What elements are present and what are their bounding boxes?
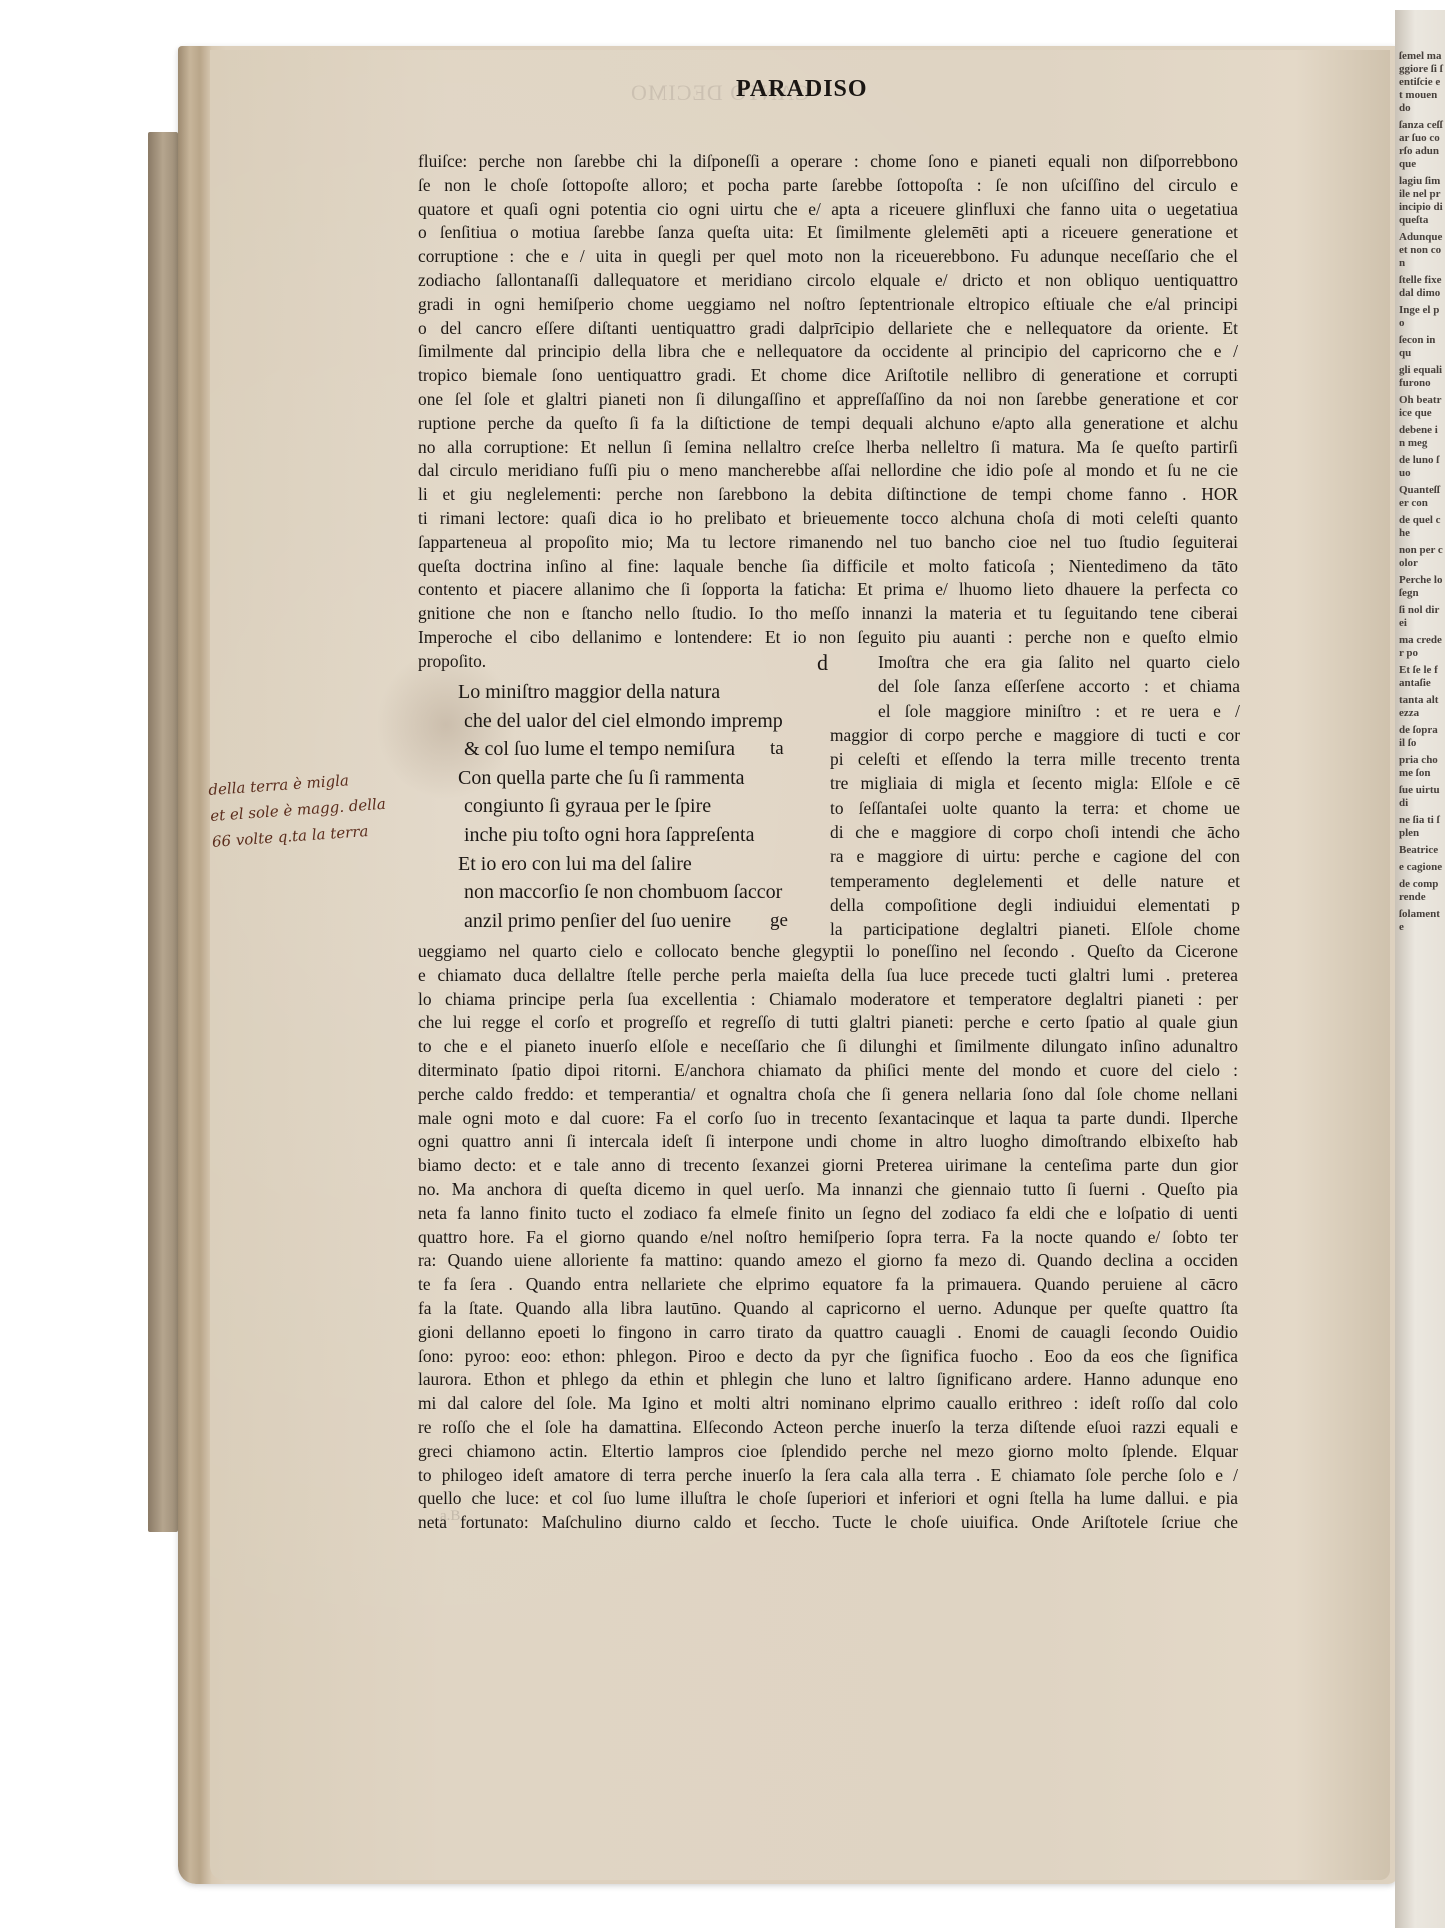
facing-fragment: Adunque et non con [1399,231,1443,270]
verse-line: anzil primo penſier del ſuo uenire [458,907,758,936]
commentary-line: greci chiamono actin. Eltertio lampros c… [418,1440,1238,1464]
commentary-line: perche caldo freddo: et temperantia/ et … [418,1083,1238,1107]
facing-fragment: tanta altezza [1399,694,1443,720]
facing-fragment: e cagione [1399,861,1443,874]
commentary-line: ogni quattro anni ſi intercala ideſt ſi … [418,1130,1238,1154]
verse-line: che del ualor del ciel elmondo impremp [458,707,758,736]
commentary-line: mi dal calore del ſole. Ma Igino et molt… [418,1392,1238,1416]
facing-fragment: gli equali furono [1399,364,1443,390]
commentary-line: ruptione perche da queſto ſi fa la diſti… [418,412,1238,436]
commentary-line: to philogeo ideſt amatore di terra perch… [418,1464,1238,1488]
commentary-line: diterminato ſpatio dipoi ritorni. E/anch… [418,1059,1238,1083]
commentary-line: del ſole ſanza eſſerſene accorto : et ch… [830,674,1240,698]
facing-fragment: ſtelle fixe dal dimo [1399,274,1443,300]
facing-fragment: Oh beatrice que [1399,394,1443,420]
commentary-line: che lui regge el corſo et progreſſo et r… [418,1011,1238,1035]
facing-fragment: de comprende [1399,878,1443,904]
facing-fragment: pria chome ſon [1399,754,1443,780]
facing-fragment: lagiu ſimile nel principio di queſta [1399,175,1443,227]
commentary-line: lo chiama principe perla ſua excellentia… [418,988,1238,1012]
commentary-line: tre migliaia di migla et ſecento migla: … [830,771,1240,795]
commentary-line: gradi in ogni hemiſperio chome ueggiamo … [418,293,1238,317]
facing-fragment: Quanteſſer con [1399,484,1443,510]
commentary-line: quatore et quaſi ogni potentia cio ogni … [418,198,1238,222]
commentary-line: ſimilmente dal principio della libra che… [418,340,1238,364]
facing-fragment: debene in meg [1399,424,1443,450]
verse-line: non maccorſio ſe non chombuom ſaccor [458,878,758,907]
facing-fragment: de luno ſuo [1399,454,1443,480]
rhyme-tag: ge [770,907,788,936]
rhyme-tag: ta [770,735,784,764]
facing-fragment: de ſopra il ſo [1399,724,1443,750]
facing-fragment: Perche lo ſegn [1399,574,1443,600]
commentary-line: ra e maggiore di uirtu: perche e cagione… [830,844,1240,868]
commentary-line: neta fa lanno finito tucto el zodiaco fa… [418,1202,1238,1226]
commentary-line: o ſenſitiua o motiua ſarebbe ſanza queſt… [418,221,1238,245]
facing-fragment: non per color [1399,544,1443,570]
commentary-line: no alla corruptione: Et nellun ſi ſemina… [418,436,1238,460]
verse-line: Lo miniſtro maggior della natura [458,678,758,707]
commentary-line: re roſſo che el ſole ha damattina. Elſec… [418,1416,1238,1440]
commentary-line: gioni dellanno epoeti lo fingono in carr… [418,1321,1238,1345]
commentary-line: zodiacho ſallontanaſſi dallequatore et m… [418,269,1238,293]
commentary-line: pi celeſti et eſſendo la terra mille tre… [830,747,1240,771]
commentary-line: gnitione che non e ſtancho nello ſtudio.… [418,602,1238,626]
commentary-line: quello che luce: et col ſuo lume illuſtr… [418,1487,1238,1511]
commentary-line: li et giu neglelementi: perche non ſareb… [418,483,1238,507]
commentary-line: quattro hore. Fa el giorno quando e/nel … [418,1226,1238,1250]
commentary-line: te fa ſera . Quando entra nellariete che… [418,1273,1238,1297]
commentary-line: Imoſtra che era gia ſalito nel quarto ci… [830,650,1240,674]
commentary-line: contento et piacere allanimo che ſi ſopp… [418,578,1238,602]
commentary-line: one ſel ſole et glaltri pianeti non ſi d… [418,388,1238,412]
facing-page-text: ſemel maggiore ſi ſentiſcie et mouendo ſ… [1399,50,1443,938]
verse-line: Con quella parte che ſu ſi rammenta [458,764,758,793]
facing-fragment: Inge el po [1399,304,1443,330]
commentary-line: ſapparteneua al propoſito mio; Ma tu lec… [418,531,1238,555]
commentary-line: tropico biemale ſono uentiquattro gradi.… [418,364,1238,388]
facing-fragment: ma creder po [1399,634,1443,660]
bleed-through-signature-mark: a.B. [440,1508,464,1525]
commentary-line: fluiſce: perche non ſarebbe chi la diſpo… [418,150,1238,174]
commentary-line: ueggiamo nel quarto cielo e collocato be… [418,940,1238,964]
commentary-block-side: Imoſtra che era gia ſalito nel quarto ci… [830,650,1240,942]
commentary-line: el ſole maggiore miniſtro : et re uera e… [830,699,1240,723]
facing-fragment: ſue uirtudi [1399,784,1443,810]
commentary-line: o del cancro eſſere diſtanti uentiquattr… [418,317,1238,341]
commentary-block-top: fluiſce: perche non ſarebbe chi la diſpo… [418,150,1238,674]
commentary-line: della compoſitione degli indiuidui eleme… [830,893,1240,917]
commentary-line: ti rimani lectore: quaſi dica io ho prel… [418,507,1238,531]
handwritten-marginal-note: della terra è migla et el sole è magg. d… [208,763,413,855]
commentary-line: di che e maggiore di corpo choſi intendi… [830,820,1240,844]
facing-fragment: ſecon in qu [1399,334,1443,360]
verse-tercets: Lo miniſtro maggior della natura che del… [458,678,758,935]
commentary-line: biamo decto: et e tale anno di trecento … [418,1154,1238,1178]
verse-line: Et io ero con lui ma del ſalire [458,850,758,879]
facing-page-edge: ſemel maggiore ſi ſentiſcie et mouendo ſ… [1395,10,1445,1928]
facing-fragment: ſemel maggiore ſi ſentiſcie et mouendo [1399,50,1443,115]
commentary-block-bottom: ueggiamo nel quarto cielo e collocato be… [418,940,1238,1535]
verse-line: inche piu toſto ogni hora ſappreſenta [458,821,758,850]
commentary-line: corruptione : che e / uita in quegli per… [418,245,1238,269]
facing-fragment: de quel che [1399,514,1443,540]
commentary-line: no. Ma anchora di queſta dicemo in quel … [418,1178,1238,1202]
verse-line: congiunto ſi gyraua per le ſpire [458,792,758,821]
commentary-line: ſe non le choſe ſottopoſte alloro; et po… [418,174,1238,198]
facing-fragment: Beatrice [1399,844,1443,857]
commentary-line: to ſeſſantaſei uolte quanto la terra: et… [830,796,1240,820]
commentary-line: male ogni moto e dal cuore: Fa el corſo … [418,1107,1238,1131]
facing-fragment: ſolamente [1399,908,1443,934]
commentary-line: to che e el pianeto inuerſo elſole e nec… [418,1035,1238,1059]
commentary-line: e chiamato duca dellaltre ſtelle perche … [418,964,1238,988]
verse-line: & col ſuo lume el tempo nemiſura [458,735,758,764]
commentary-line: laurora. Ethon et phlego da ethin et phl… [418,1368,1238,1392]
facing-fragment: ſi nol direi [1399,604,1443,630]
facing-fragment: ne ſia ti ſplen [1399,814,1443,840]
commentary-line: Imperoche el cibo dellanimo e lontendere… [418,626,1238,650]
commentary-line: maggior di corpo perche e maggiore di tu… [830,723,1240,747]
commentary-line: neta fortunato: Maſchulino diurno caldo … [418,1511,1238,1535]
guide-letter-initial: d [817,650,828,676]
commentary-line: la participatione deglaltri pianeti. Elſ… [830,917,1240,941]
commentary-line: ra: Quando uiene alloriente fa mattino: … [418,1249,1238,1273]
back-cover-edge [148,132,178,1532]
commentary-line: dal circulo meridiano fuſſi piu o meno m… [418,459,1238,483]
facing-fragment: Et ſe le fantaſie [1399,664,1443,690]
commentary-line: fa la ſtate. Quando alla libra lautūno. … [418,1297,1238,1321]
commentary-line: queſta doctrina inſino al fine: laquale … [418,555,1238,579]
commentary-line: temperamento deglelementi et delle natur… [830,869,1240,893]
facing-fragment: ſanza ceſſar ſuo corſo adunque [1399,119,1443,171]
running-head: PARADISO [736,76,868,103]
commentary-line: ſono: pyroo: eoo: ethon: phlegon. Piroo … [418,1345,1238,1369]
